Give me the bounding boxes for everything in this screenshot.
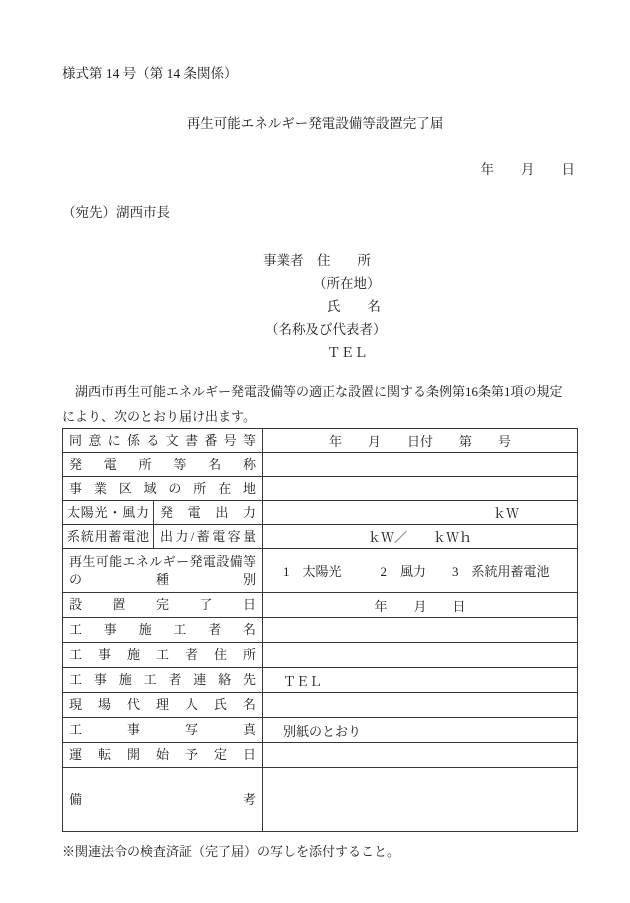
row-value: ｋＷ: [263, 501, 577, 524]
row-value: 別紙のとおり: [263, 718, 577, 742]
row-site-location: 事業区域の所在地: [63, 477, 577, 501]
row-label-item: 出力/蓄電容量: [154, 525, 262, 548]
applicant-block: 事業者 住 所 （所在地） 氏 名 （名称及び代表者） ＴＥＬ: [263, 249, 387, 364]
row-label-category: 太陽光・風力: [63, 501, 154, 524]
row-label: 現場代理人氏名: [63, 693, 263, 717]
row-value: [263, 477, 577, 500]
row-label: 再生可能エネルギー発電設備等 の種別: [63, 549, 263, 592]
applicant-location-line: （所在地）: [313, 272, 387, 295]
row-label: 工事施工者連絡先: [63, 668, 263, 692]
row-value: 1 太陽光 2 風力 3 系統用蓄電池: [263, 549, 577, 592]
row-label: 工事施工者名: [63, 618, 263, 642]
row-value: ＴＥＬ: [263, 668, 577, 692]
row-facility-type: 再生可能エネルギー発電設備等 の種別 1 太陽光 2 風力 3 系統用蓄電池: [63, 549, 577, 593]
applicant-tel-line: ＴＥＬ: [327, 341, 387, 364]
row-value: [263, 618, 577, 642]
row-label: 工事写真: [63, 718, 263, 742]
row-remarks: 備考: [63, 768, 577, 831]
row-value: [263, 768, 577, 831]
document-page: 様式第 14 号（第 14 条関係） 再生可能エネルギー発電設備等設置完了届 年…: [0, 0, 630, 903]
intro-line-1: 湖西市再生可能エネルギー発電設備等の適正な設置に関する条例第16条第1項の規定: [62, 379, 578, 404]
footnote: ※関連法令の検査済証（完了届）の写しを添付すること。: [62, 841, 400, 860]
row-site-agent-name: 現場代理人氏名: [63, 693, 577, 718]
applicant-representative-line: （名称及び代表者）: [265, 318, 387, 341]
row-label: 工事施工者住所: [63, 643, 263, 667]
row-label: 系統用蓄電池 出力/蓄電容量: [63, 525, 263, 548]
row-construction-photos: 工事写真 別紙のとおり: [63, 718, 577, 743]
row-label: 運転開始予定日: [63, 743, 263, 767]
row-label: 発電所等名称: [63, 453, 263, 476]
addressee: （宛先）湖西市長: [62, 201, 170, 221]
row-value: [263, 743, 577, 767]
intro-line-2: により、次のとおり届け出ます。: [62, 404, 578, 429]
row-output-solar-wind: 太陽光・風力 発電出力 ｋＷ: [63, 501, 577, 525]
applicant-name-line: 氏 名: [327, 295, 387, 318]
row-value: ｋＷ／ ｋＷｈ: [263, 525, 577, 548]
applicant-address-line: 事業者 住 所: [263, 249, 387, 272]
row-value: [263, 643, 577, 667]
row-value: [263, 453, 577, 476]
intro-paragraph: 湖西市再生可能エネルギー発電設備等の適正な設置に関する条例第16条第1項の規定 …: [62, 379, 578, 429]
row-contractor-address: 工事施工者住所: [63, 643, 577, 668]
row-completion-date: 設置完了日 年 月 日: [63, 593, 577, 618]
row-label-item: 発電出力: [154, 501, 262, 524]
form-number: 様式第 14 号（第 14 条関係）: [62, 62, 238, 82]
row-label: 設置完了日: [63, 593, 263, 617]
row-contractor-contact: 工事施工者連絡先 ＴＥＬ: [63, 668, 577, 693]
row-label-category: 系統用蓄電池: [63, 525, 154, 548]
row-plant-name: 発電所等名称: [63, 453, 577, 477]
row-value: [263, 693, 577, 717]
row-output-battery: 系統用蓄電池 出力/蓄電容量 ｋＷ／ ｋＷｈ: [63, 525, 577, 549]
row-label: 事業区域の所在地: [63, 477, 263, 500]
completion-form-table: 同意に係る文書番号等 年 月 日付 第 号 発電所等名称 事業区域の所在地 太陽…: [62, 428, 578, 832]
page-title: 再生可能エネルギー発電設備等設置完了届: [0, 112, 630, 132]
row-consent-doc-number: 同意に係る文書番号等 年 月 日付 第 号: [63, 429, 577, 453]
row-label: 太陽光・風力 発電出力: [63, 501, 263, 524]
row-contractor-name: 工事施工者名: [63, 618, 577, 643]
row-label: 備考: [63, 768, 263, 831]
row-value: 年 月 日: [263, 593, 577, 617]
row-label: 同意に係る文書番号等: [63, 429, 263, 452]
row-operation-start-date: 運転開始予定日: [63, 743, 577, 768]
date-line: 年 月 日: [481, 158, 576, 178]
row-value: 年 月 日付 第 号: [263, 429, 577, 452]
